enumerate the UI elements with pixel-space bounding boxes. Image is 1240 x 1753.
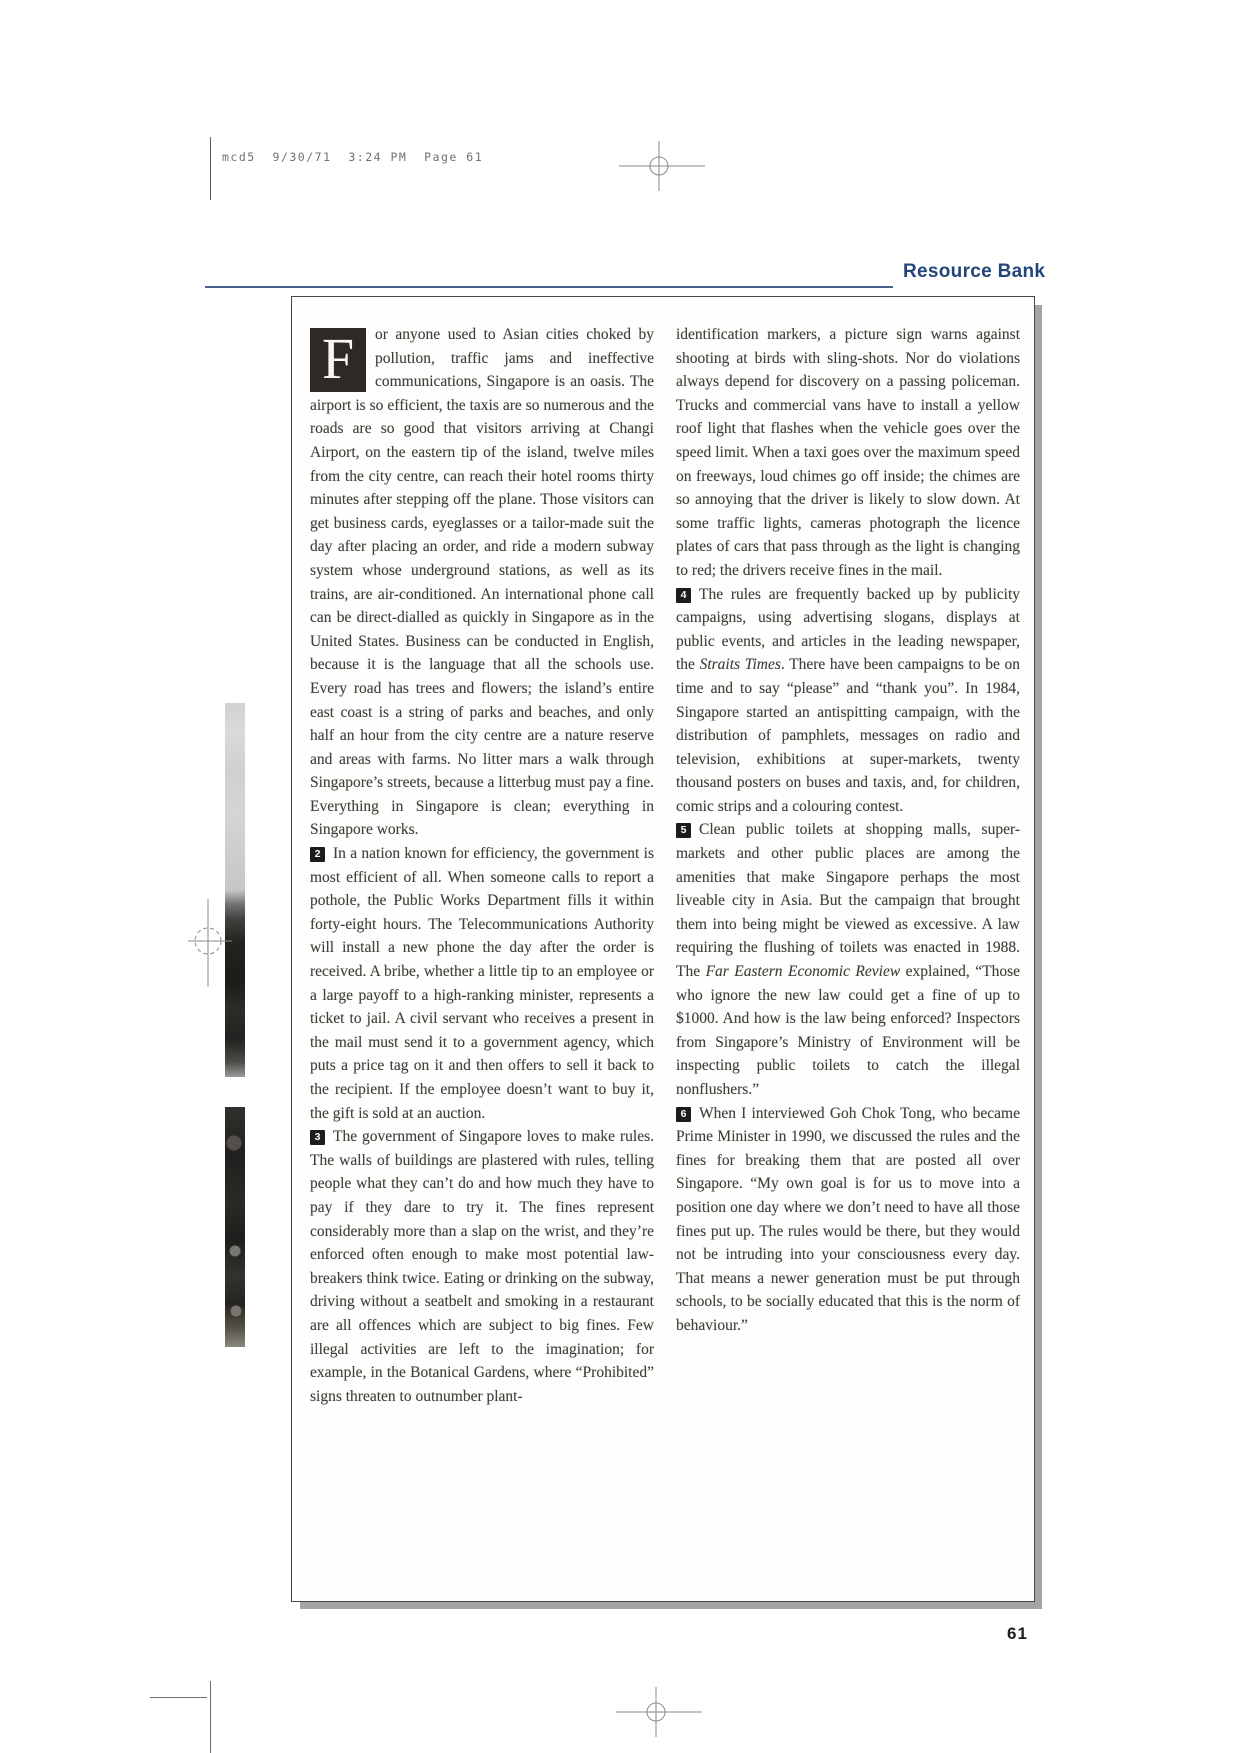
header-rule [205, 286, 893, 288]
article-paragraph: 5Clean public toilets at shopping malls,… [676, 818, 1020, 1101]
article-paragraph: 6When I interviewed Goh Chok Tong, who b… [676, 1102, 1020, 1338]
paragraph-number-badge: 6 [676, 1107, 691, 1122]
article-paragraph: For anyone used to Asian cities choked b… [310, 323, 654, 842]
article-frame: For anyone used to Asian cities choked b… [291, 296, 1035, 1602]
photo-strip [225, 703, 245, 1077]
paragraph-number-badge: 3 [310, 1130, 325, 1145]
italic-text: Far Eastern Economic Review [706, 963, 901, 980]
article-paragraph: identification markers, a picture sign w… [676, 323, 1020, 583]
body-text: Clean public toilets at shopping malls, … [676, 821, 1020, 980]
body-text: When I interviewed Goh Chok Tong, who be… [676, 1105, 1020, 1334]
body-text: The government of Singapore loves to mak… [310, 1128, 654, 1405]
registration-mark-icon [616, 1687, 702, 1737]
article-column-left: For anyone used to Asian cities choked b… [310, 323, 654, 1591]
registration-mark-icon [619, 141, 705, 191]
crop-mark [210, 137, 211, 200]
italic-text: Straits Times [700, 656, 781, 673]
printer-slug-line: mcd5 9/30/71 3:24 PM Page 61 [222, 150, 483, 164]
article-paragraph: 4The rules are frequently backed up by p… [676, 583, 1020, 819]
section-title: Resource Bank [903, 261, 1045, 283]
registration-mark-icon [188, 899, 232, 987]
body-text: identification markers, a picture sign w… [676, 326, 1020, 579]
body-text: . There have been campaigns to be on tim… [676, 656, 1020, 815]
body-text: In a nation known for efficiency, the go… [310, 845, 654, 1122]
article-paragraph: 2In a nation known for efficiency, the g… [310, 842, 654, 1125]
body-text: or anyone used to Asian cities choked by… [310, 326, 654, 838]
paragraph-number-badge: 4 [676, 588, 691, 603]
paragraph-number-badge: 2 [310, 847, 325, 862]
body-text: explained, “Those who ignore the new law… [676, 963, 1020, 1098]
page-number: 61 [1007, 1624, 1028, 1644]
crop-mark [210, 1681, 211, 1753]
article-columns: For anyone used to Asian cities choked b… [292, 297, 1034, 1601]
scanned-page: mcd5 9/30/71 3:24 PM Page 61 Resource Ba… [0, 0, 1240, 1753]
paragraph-number-badge: 5 [676, 823, 691, 838]
crop-mark [150, 1697, 207, 1698]
photo-strip [225, 1107, 245, 1347]
article-paragraph: 3The government of Singapore loves to ma… [310, 1125, 654, 1408]
drop-cap: F [310, 328, 366, 392]
article-column-right: identification markers, a picture sign w… [676, 323, 1020, 1591]
